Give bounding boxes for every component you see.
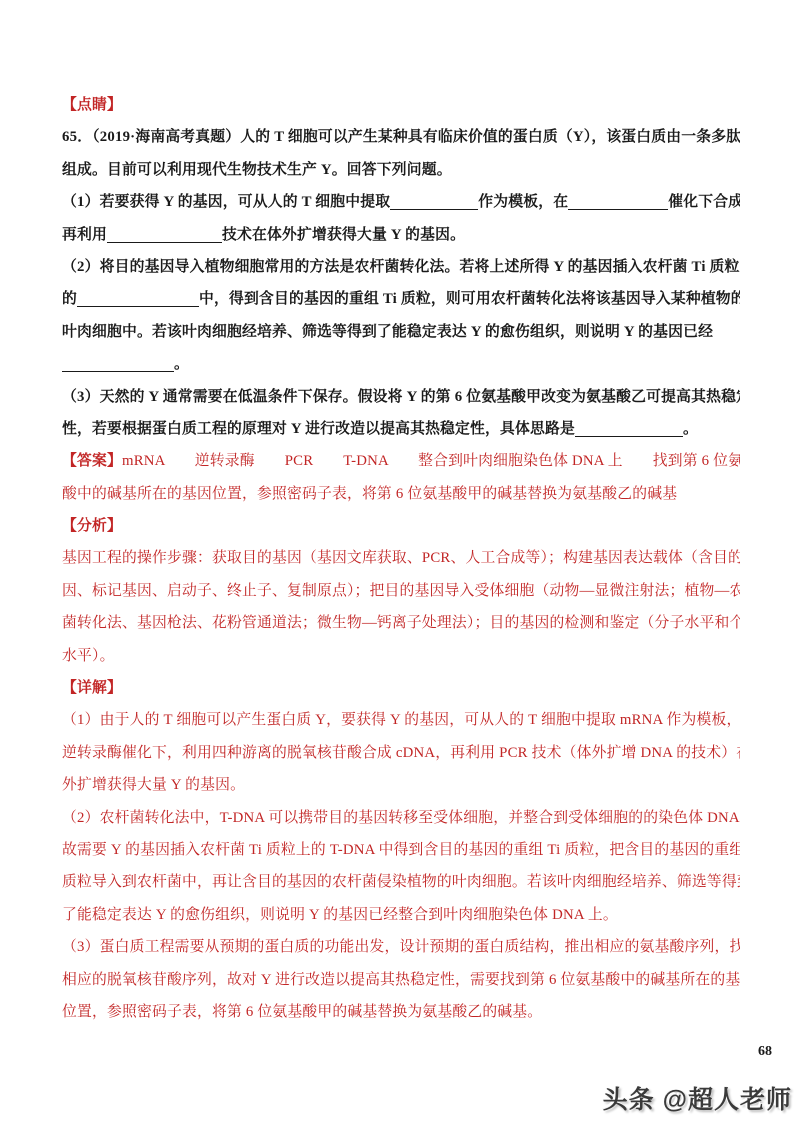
text-run: 【答案】 xyxy=(62,453,122,469)
text-line: 相应的脱氧核苷酸序列，故对 Y 进行改造以提高其热稳定性，需要找到第 6 位氨基… xyxy=(62,964,740,996)
document-page: 【点睛】65．（2019·海南高考真题）人的 T 细胞可以产生某种具有临床价值的… xyxy=(0,0,794,1123)
text-run: 了能稳定表达 Y 的愈伤组织，则说明 Y 的基因已经整合到叶肉细胞染色体 DNA… xyxy=(62,907,618,923)
text-run: （2）将目的基因导入植物细胞常用的方法是农杆菌转化法。若将上述所得 Y 的基因插… xyxy=(62,259,740,275)
text-line: 【详解】 xyxy=(62,672,740,704)
text-line: 了能稳定表达 Y 的愈伤组织，则说明 Y 的基因已经整合到叶肉细胞染色体 DNA… xyxy=(62,899,740,931)
text-line: 【分析】 xyxy=(62,510,740,542)
text-run: 逆转录酶催化下，利用四种游离的脱氧核苷酸合成 cDNA，再利用 PCR 技术（体… xyxy=(62,745,740,761)
text-run: 【分析】 xyxy=(62,518,122,534)
text-run: 65．（2019·海南高考真题）人的 T 细胞可以产生某种具有临床价值的蛋白质（… xyxy=(62,129,740,145)
text-run: 技术在体外扩增获得大量 Y 的基因。 xyxy=(222,227,465,243)
text-run: 外扩增获得大量 Y 的基因。 xyxy=(62,777,245,793)
answer-blank xyxy=(390,194,478,210)
text-line: 基因工程的操作步骤：获取目的基因（基因文库获取、PCR、人工合成等）；构建基因表… xyxy=(62,542,740,574)
text-run: 叶肉细胞中。若该叶肉细胞经培养、筛选等得到了能稳定表达 Y 的愈伤组织，则说明 … xyxy=(62,324,713,340)
answer-blank xyxy=(107,227,222,243)
text-run: 位置，参照密码子表，将第 6 位氨基酸甲的碱基替换为氨基酸乙的碱基。 xyxy=(62,1004,542,1020)
text-run: 水平）。 xyxy=(62,648,115,664)
text-line: 叶肉细胞中。若该叶肉细胞经培养、筛选等得到了能稳定表达 Y 的愈伤组织，则说明 … xyxy=(62,316,740,348)
text-run: （1）若要获得 Y 的基因，可从人的 T 细胞中提取 xyxy=(62,194,390,210)
text-run: （3）蛋白质工程需要从预期的蛋白质的功能出发，设计预期的蛋白质结构，推出相应的氨… xyxy=(62,939,740,955)
text-line: 性，若要根据蛋白质工程的原理对 Y 进行改造以提高其热稳定性，具体思路是。 xyxy=(62,413,740,445)
text-run: 催化下合成 cDNA， xyxy=(668,194,740,210)
text-run: 的 xyxy=(62,291,77,307)
text-run: （2）农杆菌转化法中，T-DNA 可以携带目的基因转移至受体细胞，并整合到受体细… xyxy=(62,810,740,826)
answer-blank xyxy=(568,194,668,210)
text-run: 基因工程的操作步骤：获取目的基因（基因文库获取、PCR、人工合成等）；构建基因表… xyxy=(62,550,740,566)
text-run: 性，若要根据蛋白质工程的原理对 Y 进行改造以提高其热稳定性，具体思路是 xyxy=(62,421,575,437)
text-line: 酸中的碱基所在的基因位置，参照密码子表，将第 6 位氨基酸甲的碱基替换为氨基酸乙… xyxy=(62,478,740,510)
text-line: （1）由于人的 T 细胞可以产生蛋白质 Y，要获得 Y 的基因，可从人的 T 细… xyxy=(62,704,740,736)
text-run: 。 xyxy=(683,421,698,437)
text-run: 菌转化法、基因枪法、花粉管通道法；微生物—钙离子处理法）；目的基因的检测和鉴定（… xyxy=(62,615,740,631)
text-line: 【答案】mRNA 逆转录酶 PCR T-DNA 整合到叶肉细胞染色体 DNA 上… xyxy=(62,445,740,477)
text-run: 作为模板，在 xyxy=(478,194,568,210)
text-run: 【点睛】 xyxy=(62,97,122,113)
text-run: 中，得到含目的基因的重组 Ti 质粒，则可用农杆菌转化法将该基因导入某种植物的 xyxy=(199,291,740,307)
text-line: （2）农杆菌转化法中，T-DNA 可以携带目的基因转移至受体细胞，并整合到受体细… xyxy=(62,802,740,834)
text-run: 组成。目前可以利用现代生物技术生产 Y。回答下列问题。 xyxy=(62,162,452,178)
text-line: 菌转化法、基因枪法、花粉管通道法；微生物—钙离子处理法）；目的基因的检测和鉴定（… xyxy=(62,607,740,639)
text-line: 位置，参照密码子表，将第 6 位氨基酸甲的碱基替换为氨基酸乙的碱基。 xyxy=(62,996,740,1028)
text-line: 【点睛】 xyxy=(62,89,740,121)
text-line: 因、标记基因、启动子、终止子、复制原点）；把目的基因导入受体细胞（动物—显微注射… xyxy=(62,575,740,607)
answer-blank xyxy=(575,421,683,437)
page-number: 68 xyxy=(758,1042,772,1062)
answer-blank xyxy=(62,356,174,372)
text-run: 酸中的碱基所在的基因位置，参照密码子表，将第 6 位氨基酸甲的碱基替换为氨基酸乙… xyxy=(62,486,677,502)
text-line: 组成。目前可以利用现代生物技术生产 Y。回答下列问题。 xyxy=(62,154,740,186)
text-run: （1）由于人的 T 细胞可以产生蛋白质 Y，要获得 Y 的基因，可从人的 T 细… xyxy=(62,712,740,728)
text-run: 质粒导入到农杆菌中，再让含目的基因的农杆菌侵染植物的叶肉细胞。若该叶肉细胞经培养… xyxy=(62,874,740,890)
text-line: （3）天然的 Y 通常需要在低温条件下保存。假设将 Y 的第 6 位氨基酸甲改变… xyxy=(62,381,740,413)
text-line: （3）蛋白质工程需要从预期的蛋白质的功能出发，设计预期的蛋白质结构，推出相应的氨… xyxy=(62,931,740,963)
text-run: （3）天然的 Y 通常需要在低温条件下保存。假设将 Y 的第 6 位氨基酸甲改变… xyxy=(62,389,740,405)
text-line: 外扩增获得大量 Y 的基因。 xyxy=(62,769,740,801)
text-run: 【详解】 xyxy=(62,680,122,696)
text-line: （2）将目的基因导入植物细胞常用的方法是农杆菌转化法。若将上述所得 Y 的基因插… xyxy=(62,251,740,283)
text-line: （1）若要获得 Y 的基因，可从人的 T 细胞中提取作为模板，在催化下合成 cD… xyxy=(62,186,740,218)
text-line: 质粒导入到农杆菌中，再让含目的基因的农杆菌侵染植物的叶肉细胞。若该叶肉细胞经培养… xyxy=(62,866,740,898)
text-line: 65．（2019·海南高考真题）人的 T 细胞可以产生某种具有临床价值的蛋白质（… xyxy=(62,121,740,153)
text-line: 再利用技术在体外扩增获得大量 Y 的基因。 xyxy=(62,219,740,251)
text-run: 因、标记基因、启动子、终止子、复制原点）；把目的基因导入受体细胞（动物—显微注射… xyxy=(62,583,740,599)
text-line: 故需要 Y 的基因插入农杆菌 Ti 质粒上的 T-DNA 中得到含目的基因的重组… xyxy=(62,834,740,866)
text-line: 的中，得到含目的基因的重组 Ti 质粒，则可用农杆菌转化法将该基因导入某种植物的 xyxy=(62,283,740,315)
text-line: 水平）。 xyxy=(62,640,740,672)
text-run: 再利用 xyxy=(62,227,107,243)
answer-blank xyxy=(77,292,199,308)
watermark: 头条 @超人老师 xyxy=(603,1080,792,1116)
text-run: 故需要 Y 的基因插入农杆菌 Ti 质粒上的 T-DNA 中得到含目的基因的重组… xyxy=(62,842,740,858)
text-run: 相应的脱氧核苷酸序列，故对 Y 进行改造以提高其热稳定性，需要找到第 6 位氨基… xyxy=(62,972,740,988)
document-content: 【点睛】65．（2019·海南高考真题）人的 T 细胞可以产生某种具有临床价值的… xyxy=(62,89,740,1028)
text-run: mRNA 逆转录酶 PCR T-DNA 整合到叶肉细胞染色体 DNA 上 找到第… xyxy=(122,453,740,469)
text-run: 。 xyxy=(174,356,189,372)
text-line: 逆转录酶催化下，利用四种游离的脱氧核苷酸合成 cDNA，再利用 PCR 技术（体… xyxy=(62,737,740,769)
text-line: 。 xyxy=(62,348,740,380)
